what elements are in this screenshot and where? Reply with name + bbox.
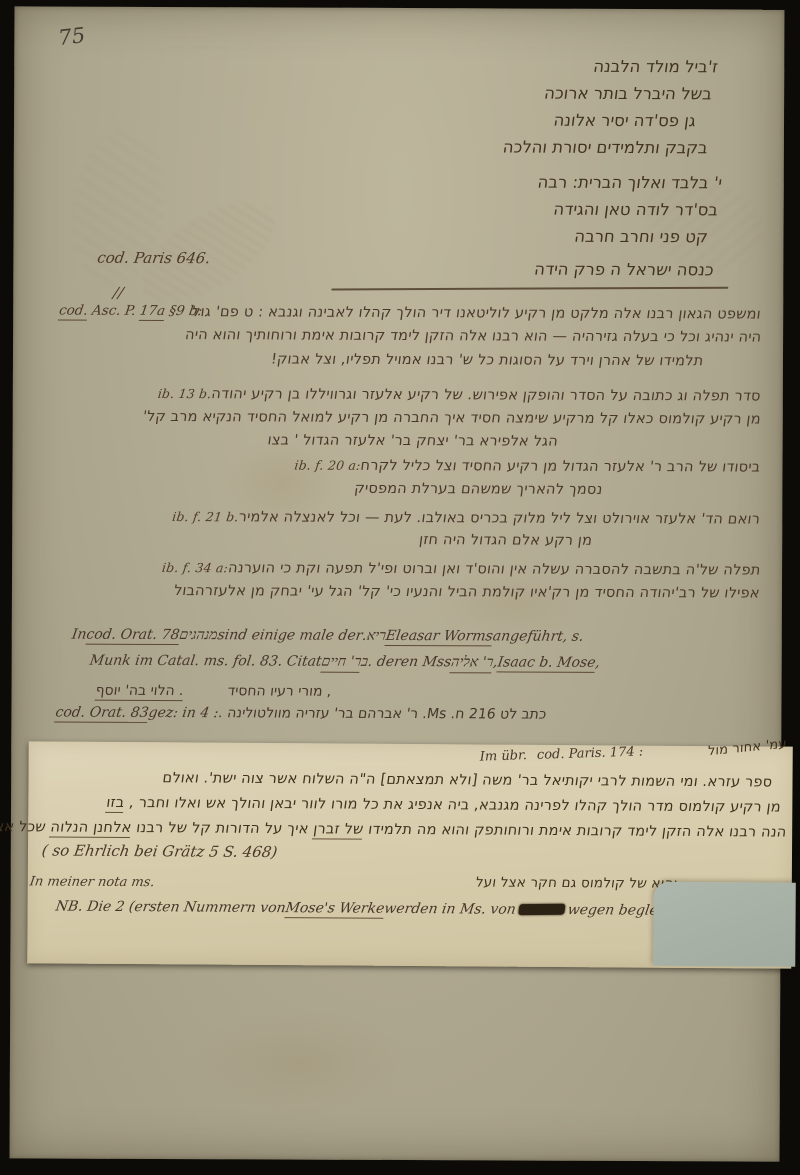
- german-annotation-line: . הלוי בה' יוסף , מורי רעיו החסיד: [95, 683, 331, 702]
- hebrew-line: הגל אלפירא בר' יצחק בר' אלעזר הגדול ' בצ…: [266, 432, 558, 449]
- slip-reference-note: Im übr. cod. Paris. 174 :: [479, 744, 643, 764]
- hebrew-name: ר' אליה: [450, 654, 495, 673]
- german-annotation-line: In cod. Orat. 78 מנהגים sind einige male…: [70, 627, 584, 647]
- margin-note-asc: cod. Asc. P. 17a §9 b:: [58, 303, 203, 320]
- hebrew-line: מן רקיע קולמוס מדר הולך קהלו לפרינה מגנב…: [105, 795, 782, 816]
- hebrew-text: מן רקיע קולמוס מדר הולך קהלו לפרינה מגנב…: [128, 795, 782, 816]
- hebrew-line: כנסה ישראל ה פרק הידה: [532, 256, 715, 284]
- codex-paris-174-reference: cod. Paris. 174 :: [536, 744, 643, 762]
- hebrew-text-underlined: של זברן: [312, 821, 364, 839]
- hebrew-line: אפילו של רב'יהודה החסיד מן רק'איו קולמת …: [173, 583, 761, 602]
- margin-note-asc-folio: 17a: [138, 303, 166, 321]
- german-text: ב. deren Mss: [360, 654, 453, 671]
- hebrew-block-top: ז'ביל מולד הלבנה בשל היברל בותר ארוכה גן…: [503, 52, 718, 161]
- hebrew-line: ספר עזרא. ומי השמות לרבי יקותיאל בר' משה…: [162, 770, 774, 790]
- folio-reference: ib. f. 34 a:: [161, 560, 229, 575]
- nb-german-note: NB. Die 2 (ersten Nummern von Mose's Wer…: [54, 899, 683, 921]
- codex-orat-78-reference: cod. Orat. 78: [85, 627, 181, 645]
- german-text: ,: [594, 655, 601, 671]
- hebrew-line: קט פני וחרב חרבה: [533, 223, 710, 251]
- hebrew-text: כתב לט 216 ח. Ms. ר' אברהם בר' עזריה מוו…: [217, 705, 547, 722]
- manuscript-page: 75 ז'ביל מולד הלבנה בשל היברל בותר ארוכה…: [9, 6, 784, 1161]
- insert-marks: //: [112, 284, 125, 302]
- munk-catalog-reference: Munk im Catal. ms. fol. 83. Citat: [89, 653, 323, 670]
- crossed-out-word: [518, 904, 566, 915]
- margin-note-asc-cod: cod.: [58, 303, 89, 321]
- grey-card-corner: [653, 882, 796, 967]
- hebrew-line: תפלה של'ה בתשבה להסברה עשלה אין והוס'ד ו…: [151, 560, 761, 579]
- hebrew-text-underlined: אלחנן הנלוה: [49, 819, 132, 838]
- nota-ms-note: In meiner nota ms.: [29, 874, 156, 890]
- hebrew-line: מן רקע אלם הגדול היה חזן: [418, 532, 593, 549]
- hebrew-line: נסמך להאריך שמשהם בערלת המפסיק: [353, 481, 603, 498]
- hebrew-line: גן פס'דה יסיר אלונה: [502, 106, 698, 134]
- hebrew-block-second: י' בלבד ואלוך הברית: רבה בס'דר לודה טאן …: [534, 169, 722, 284]
- hebrew-line: סדר תפלה וג כתובה על הסדר והופקן אפירוש.…: [147, 386, 762, 405]
- hebrew-line: ז'ביל מולד הלבנה: [502, 52, 720, 80]
- hebrew-text: ריא.: [361, 628, 387, 645]
- hebrew-line: ביסודו של הרב ר' אלעזר הגדול מן רקיע החס…: [284, 458, 762, 476]
- german-text: werden in Ms. von: [383, 901, 517, 918]
- margin-note-paris: cod. Paris 646.: [96, 249, 211, 267]
- hebrew-text-underlined: בזו: [105, 795, 125, 813]
- pasted-slip: Im übr. cod. Paris. 174 : עמ' אחור מול ס…: [27, 741, 793, 968]
- graetz-citation: ( so Ehrlich bei Grätz 5 S. 468): [41, 841, 279, 861]
- german-text: NB. Die 2 (ersten Nummern von: [55, 899, 287, 917]
- hebrew-text: תפלה של'ה בתשבה להסברה עשלה אין והוס'ד ו…: [227, 560, 761, 578]
- hebrew-text: רואם הד' אלעזר אוירולט וצל ליל מלוק בכרי…: [238, 509, 761, 527]
- moses-werke-underlined: Mose's Werke: [284, 900, 385, 919]
- stain: [190, 1007, 410, 1118]
- hebrew-name: ר' חיים: [320, 654, 362, 673]
- separator-rule: [331, 287, 728, 291]
- german-annotation-line: cod. Orat. 83 gez: in 4 : כתב לט 216 ח. …: [54, 705, 547, 725]
- page-number: 75: [57, 23, 86, 50]
- german-text: gez: in 4 :: [147, 705, 219, 721]
- german-text: Im übr.: [479, 748, 527, 764]
- hebrew-line: בס'דר לודה טאן והגידה: [533, 196, 720, 224]
- hebrew-text: סדר תפלה וג כתובה על הסדר והופקן אפירוש.…: [211, 386, 762, 404]
- hebrew-line: תלמידו של אהרן וירד על הסוגות כל ש' רבנו…: [270, 351, 704, 369]
- eleasar-worms-name: Eleasar Worms: [384, 628, 494, 646]
- german-text: sind einige male der: [216, 627, 363, 644]
- hebrew-text: ביסודו של הרב ר' אלעזר הגדול מן רקיע החס…: [360, 458, 762, 476]
- hebrew-line: מן רקיע קולמוס כאלו קל מרקיע שימצה חסיד …: [142, 409, 762, 428]
- hebrew-text: הנה רבנו אלה הזקן לימד קרובות אימת ורוחו…: [362, 822, 787, 841]
- hebrew-text: איך על הדורות קל של רבנו: [130, 820, 314, 837]
- hebrew-line: ומשפט הגאון רבנו אלה מלקט מן רקיע לוליטא…: [191, 304, 762, 322]
- hebrew-text: מנהגים: [178, 627, 219, 644]
- hebrew-name: , מורי רעיו החסיד: [227, 683, 333, 699]
- hebrew-name: . הלוי בה' יוסף: [95, 683, 185, 701]
- isaac-b-mose-name: Isaac b. Mose: [496, 654, 596, 672]
- hebrew-line: בשל היברל בותר ארוכה: [502, 79, 714, 107]
- hebrew-line: בקבק ותלמידים יסורת והלכה: [501, 133, 709, 161]
- hebrew-line: הנה רבנו אלה הזקן לימד קרובות אימת ורוחו…: [0, 819, 787, 841]
- german-annotation-line: Munk im Catal. ms. fol. 83. Citat ר' חיי…: [88, 653, 601, 674]
- german-text: angeführt, s.: [492, 628, 585, 644]
- folio-reference: ib. 13 b.: [157, 386, 213, 401]
- hebrew-text: שכל אצוק .: [0, 819, 51, 836]
- folio-reference: ib. f. 20 a:: [294, 458, 362, 473]
- codex-orat-83-reference: cod. Orat. 83: [54, 705, 150, 723]
- hebrew-line: היה ינהיג וכל כי בעלה גזירהיה — הוא רבנו…: [184, 327, 762, 346]
- hebrew-line: רואם הד' אלעזר אוירולט וצל ליל מלוק בכרי…: [161, 509, 761, 528]
- margin-note-asc-mid: Asc. P.: [87, 303, 141, 319]
- manuscript-scan: 75 ז'ביל מולד הלבנה בשל היברל בותר ארוכה…: [0, 0, 800, 1175]
- folio-reference: ib. f. 21 b.: [172, 509, 240, 524]
- hebrew-line: י' בלבד ואלוך הברית: רבה: [533, 169, 724, 197]
